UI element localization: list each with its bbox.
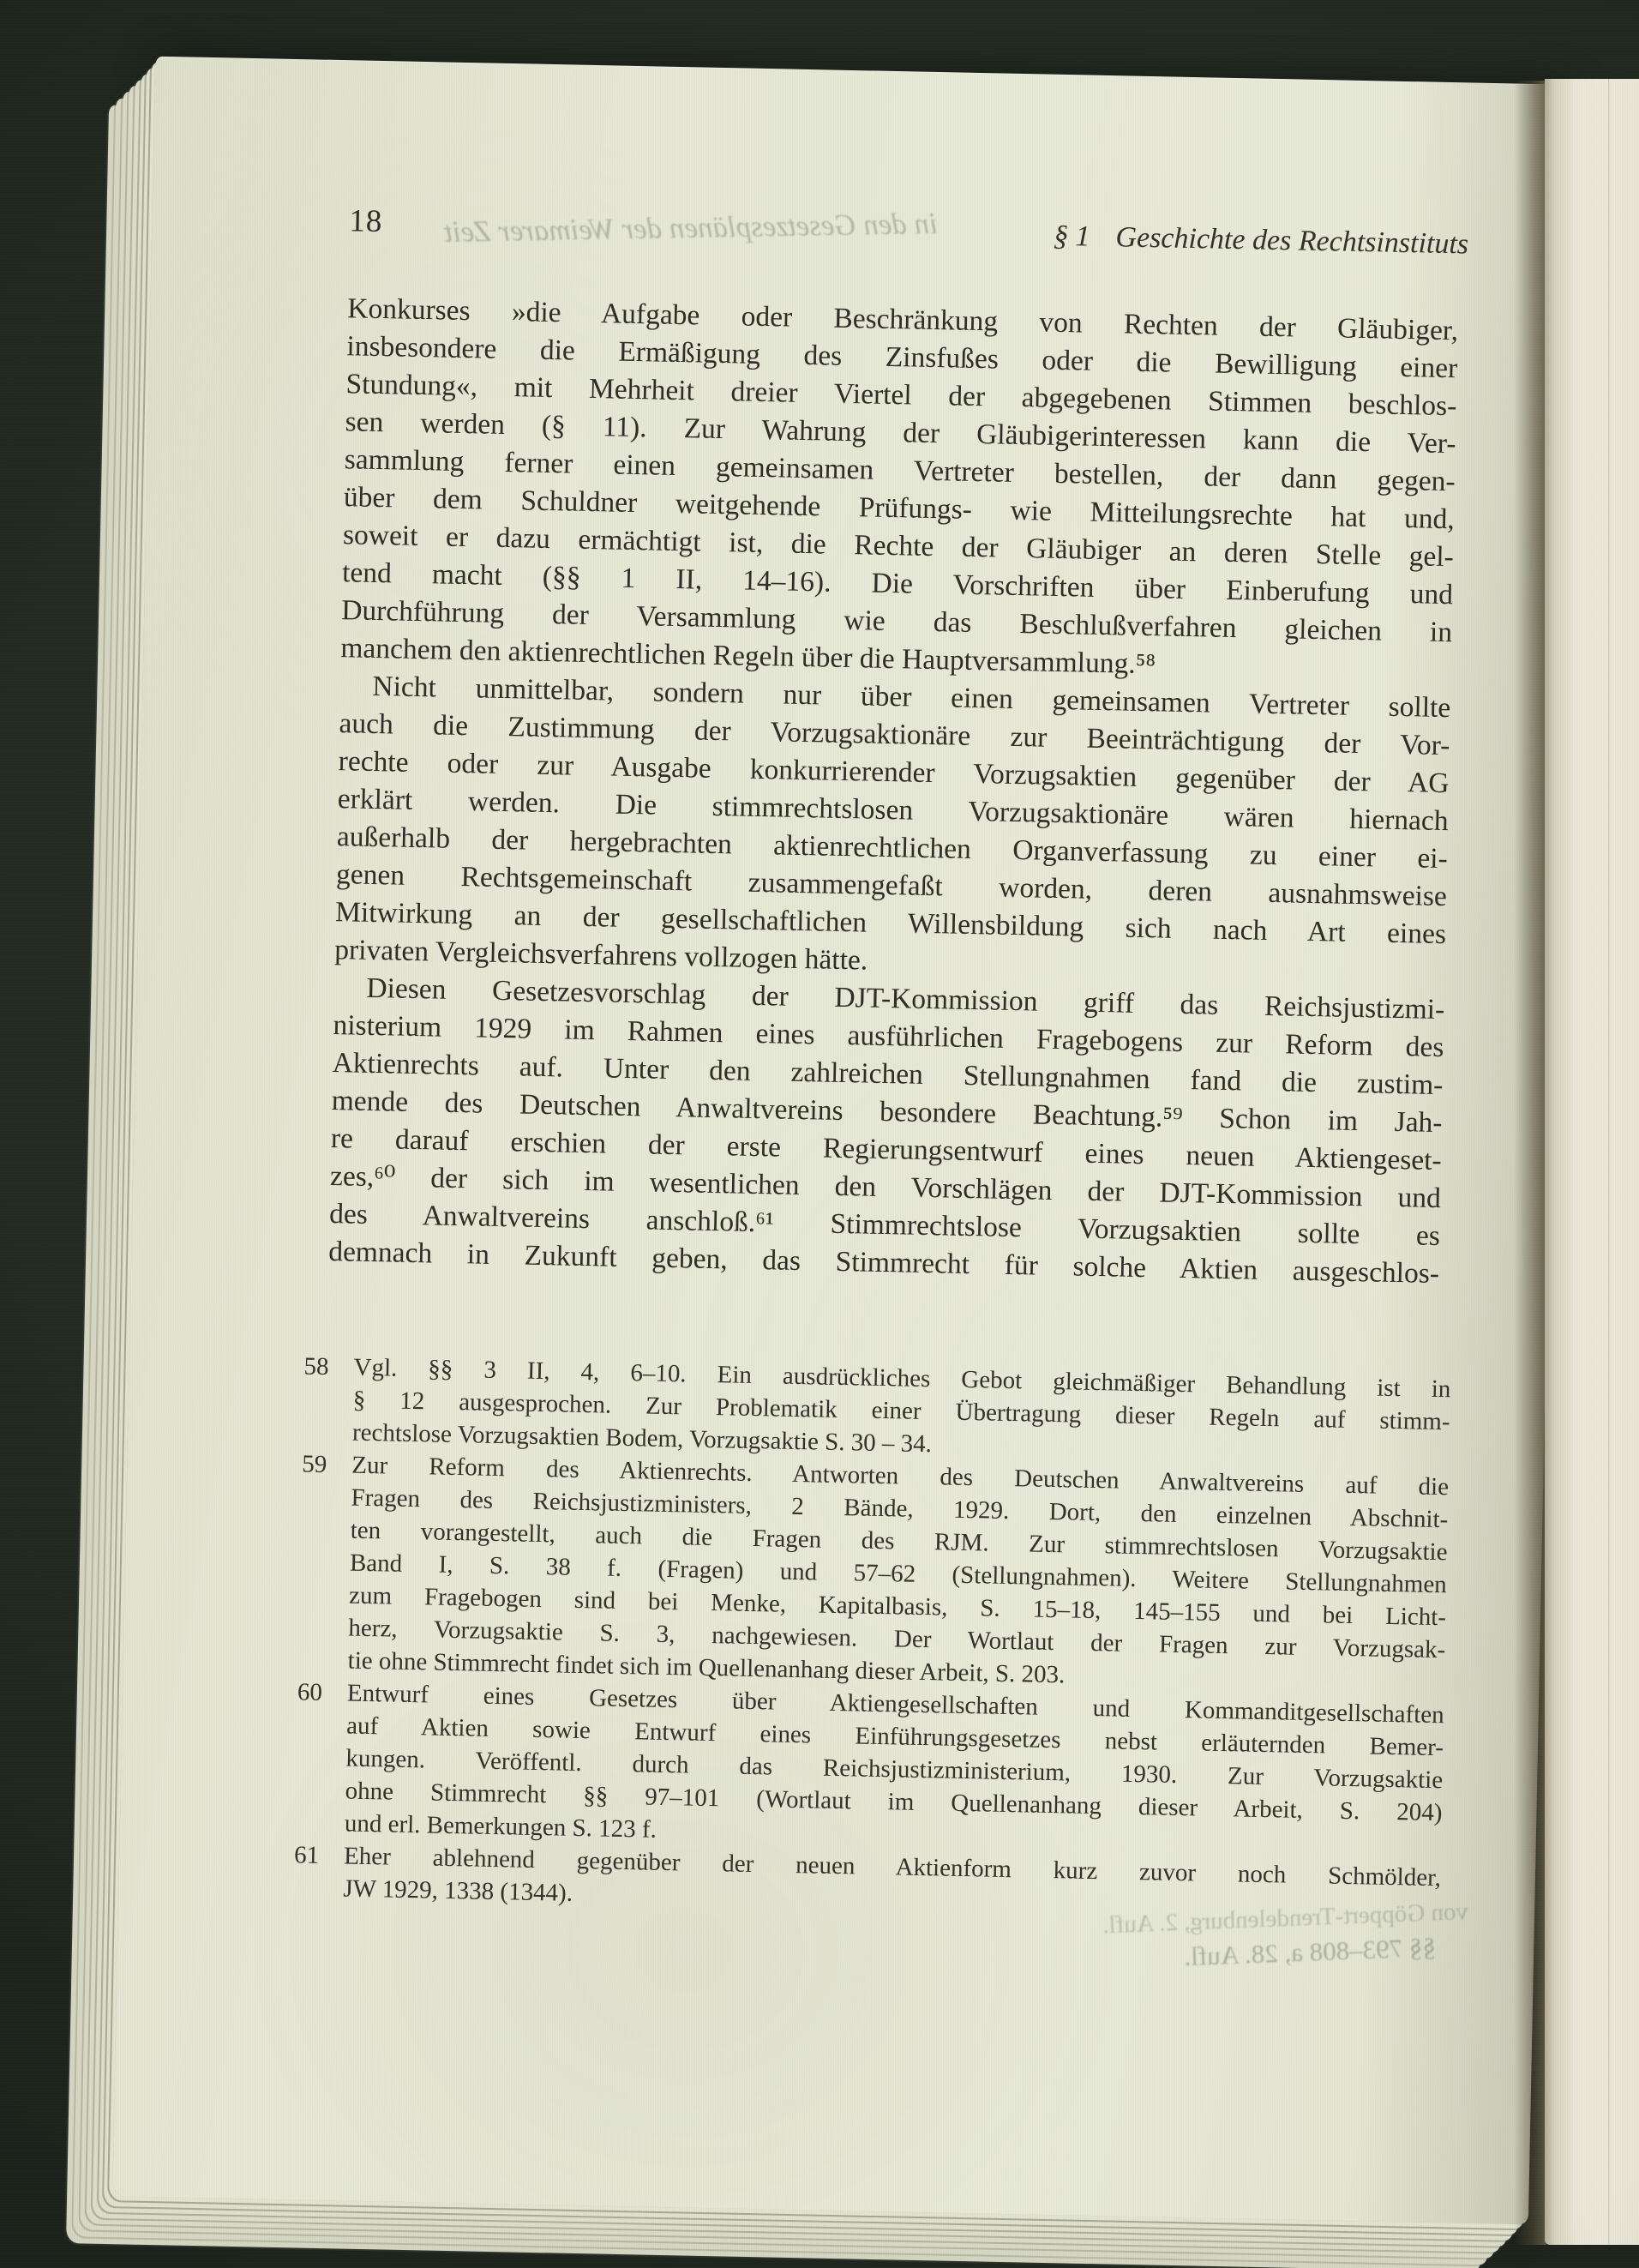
- running-header-title: Geschichte des Rechtsinstituts: [1115, 221, 1468, 260]
- footnote-number: 60: [297, 1675, 348, 1709]
- gutter-shadow: [1514, 81, 1546, 2245]
- footnote: 59 Zur Reform des Aktienrechts. Antworte…: [297, 1447, 1449, 1699]
- footnote-text: Entwurf eines Gesetzes über Aktiengesell…: [345, 1677, 1445, 1862]
- footnote-text: Zur Reform des Aktienrechts. Antworten d…: [347, 1449, 1449, 1699]
- book-page: 18 § 1Geschichte des Rechtsinstituts Kon…: [112, 57, 1571, 2225]
- body-text: Konkurses »die Aufgabe oder Beschränkung…: [328, 290, 1459, 1293]
- footnote-number: 58: [303, 1350, 354, 1383]
- paragraph: Nicht unmittelbar, sondern nur über eine…: [334, 667, 1451, 991]
- facing-page-edge: [1545, 79, 1639, 2245]
- scanned-book-photo: 18 § 1Geschichte des Rechtsinstituts Kon…: [0, 0, 1639, 2268]
- paragraph: Konkurses »die Aufgabe oder Beschränkung…: [340, 290, 1459, 689]
- paragraph: Diesen Gesetzesvorschlag der DJT-Kommiss…: [328, 969, 1445, 1293]
- page-number: 18: [349, 202, 383, 240]
- running-header: § 1Geschichte des Rechtsinstituts: [1054, 220, 1469, 262]
- footnote-number: 61: [294, 1838, 345, 1872]
- footnote: 60 Entwurf eines Gesetzes über Aktienges…: [295, 1675, 1445, 1862]
- running-header-section: § 1: [1054, 220, 1090, 253]
- footnotes: 58 Vgl. §§ 3 II, 4, 6–10. Ein ausdrückli…: [293, 1350, 1451, 1927]
- footnote-number: 59: [302, 1447, 352, 1481]
